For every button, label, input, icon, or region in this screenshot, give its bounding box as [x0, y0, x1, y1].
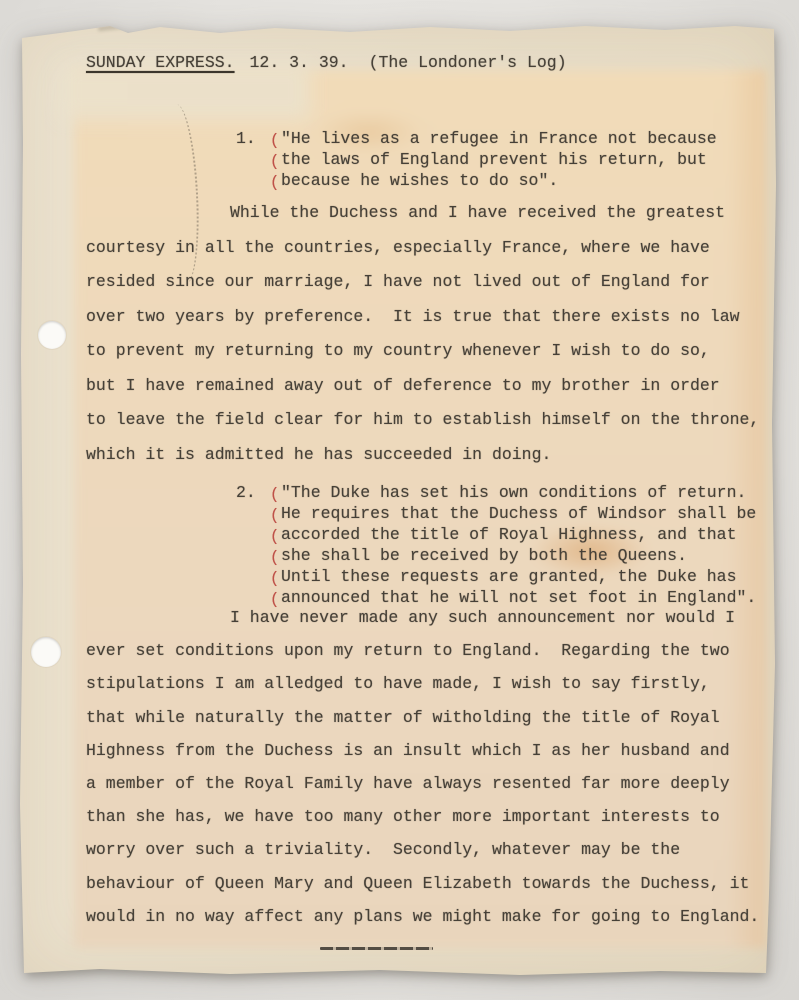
quote-line: "The Duke has set his own conditions of … [281, 482, 746, 503]
hole-punch-top [38, 321, 66, 349]
paragraph-line: resided since our marriage, I have not l… [86, 265, 778, 300]
typed-divider-line [320, 947, 433, 950]
typed-paragraph-1: While the Duchess and I have received th… [86, 196, 778, 472]
paragraph-line: I have never made any such announcement … [86, 601, 778, 634]
quote-number: 2. [236, 483, 256, 502]
column-name: (The Londoner's Log) [369, 53, 567, 72]
quote-number: 1. [236, 129, 256, 148]
quote-line: she shall be received by both the Queens… [281, 545, 687, 566]
paragraph-line: courtesy in all the countries, especiall… [86, 231, 778, 266]
paragraph-line: While the Duchess and I have received th… [86, 196, 778, 231]
red-bracket-mark: ( [270, 527, 281, 548]
quote-line: the laws of England prevent his return, … [281, 149, 707, 170]
torn-edge-shadow [98, 22, 138, 32]
document-page: SUNDAY EXPRESS.12. 3. 39.(The Londoner's… [20, 24, 776, 976]
quote-line: because he wishes to do so". [281, 170, 558, 191]
red-bracket-mark: ( [270, 131, 281, 152]
paragraph-line: behaviour of Queen Mary and Queen Elizab… [86, 867, 778, 900]
quote-line: He requires that the Duchess of Windsor … [281, 503, 756, 524]
paragraph-line: Highness from the Duchess is an insult w… [86, 734, 778, 767]
publication-date: 12. 3. 39. [250, 53, 349, 72]
paragraph-line: would in no way affect any plans we migh… [86, 900, 778, 933]
typed-paragraph-2: I have never made any such announcement … [86, 601, 778, 933]
paragraph-line: but I have remained away out of deferenc… [86, 369, 778, 404]
paragraph-line: worry over such a triviality. Secondly, … [86, 833, 778, 866]
masthead-line: SUNDAY EXPRESS.12. 3. 39.(The Londoner's… [86, 53, 567, 72]
quote-line: accorded the title of Royal Highness, an… [281, 524, 736, 545]
paragraph-line: a member of the Royal Family have always… [86, 767, 778, 800]
backdrop: SUNDAY EXPRESS.12. 3. 39.(The Londoner's… [0, 0, 799, 1000]
red-bracket-mark: ( [270, 548, 281, 569]
publication-name: SUNDAY EXPRESS. [86, 53, 235, 72]
quote-line: "He lives as a refugee in France not bec… [281, 128, 717, 149]
paragraph-line: than she has, we have too many other mor… [86, 800, 778, 833]
red-bracket-mark: ( [270, 485, 281, 506]
paragraph-line: over two years by preference. It is true… [86, 300, 778, 335]
red-bracket-mark: ( [270, 173, 281, 194]
paragraph-line: that while naturally the matter of witho… [86, 701, 778, 734]
paragraph-line: to leave the field clear for him to esta… [86, 403, 778, 438]
paragraph-line: stipulations I am alledged to have made,… [86, 667, 778, 700]
paragraph-line: which it is admitted he has succeeded in… [86, 438, 778, 473]
red-bracket-mark: ( [270, 569, 281, 590]
press-quote-2: 2. ("The Duke has set his own conditions… [270, 482, 756, 608]
quote-line: Until these requests are granted, the Du… [281, 566, 736, 587]
paragraph-line: to prevent my returning to my country wh… [86, 334, 778, 369]
red-bracket-mark: ( [270, 152, 281, 173]
press-quote-1: 1. ("He lives as a refugee in France not… [270, 128, 717, 191]
red-bracket-mark: ( [270, 506, 281, 527]
paragraph-line: ever set conditions upon my return to En… [86, 634, 778, 667]
hole-punch-bottom [31, 637, 61, 667]
